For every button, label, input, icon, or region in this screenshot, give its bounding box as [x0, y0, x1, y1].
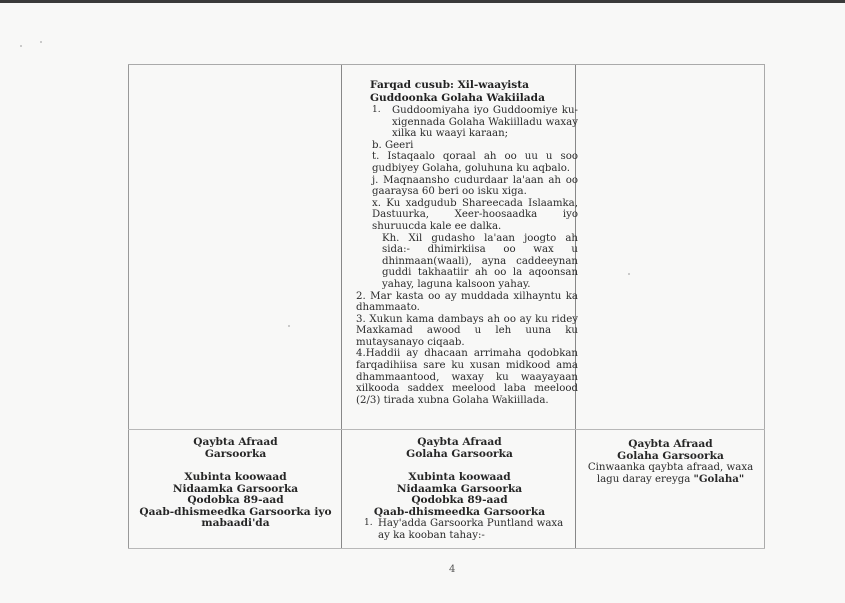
comment-emphasis: "Golaha": [694, 473, 745, 485]
table-row: Qaybta Afraad Garsoorka Xubinta koowaad …: [128, 429, 765, 549]
scan-speck: [20, 45, 22, 47]
part-title: Qaybta Afraad: [342, 437, 577, 449]
list-item: 1. Hay'adda Garsoorka Puntland waxa ay k…: [342, 518, 577, 541]
article-title: Qaab-dhismeedka Garsoorka iyo mabaadi'da: [129, 507, 342, 530]
section-heading: Farqad cusub: Xil-waayista: [370, 79, 578, 91]
sub-item: b. Geeri: [370, 140, 578, 152]
scan-speck: [40, 41, 42, 43]
original-heading-block: Qaybta Afraad Garsoorka Xubinta koowaad …: [129, 437, 342, 530]
list-text: Guddoomiyaha iyo Guddoomiye ku-xigennada…: [392, 105, 578, 140]
table-row: Farqad cusub: Xil-waayista Guddoonka Gol…: [128, 64, 765, 429]
part-subtitle: Golaha Garsoorka: [576, 451, 765, 463]
table-cell-amended: Qaybta Afraad Golaha Garsoorka Xubinta k…: [341, 430, 576, 548]
amended-heading-block: Qaybta Afraad Golaha Garsoorka Xubinta k…: [342, 437, 577, 541]
article-number: Qodobka 89-aad: [342, 495, 577, 507]
list-number: 1.: [364, 518, 378, 541]
table-cell-comment: Qaybta Afraad Golaha Garsoorka Cinwaanka…: [576, 430, 765, 548]
table-cell-empty: [576, 65, 765, 429]
sub-item: x. Ku xadgudub Shareecada Islaamka, Dast…: [370, 198, 578, 233]
section-heading: Guddoonka Golaha Wakiilada: [370, 92, 578, 104]
section-title: Xubinta koowaad: [342, 472, 577, 484]
sub-item: Kh. Xil gudasho la'aan joogto ah sida:- …: [370, 233, 578, 291]
article-title: Qaab-dhismeedka Garsoorka: [342, 507, 577, 519]
page-number: 4: [449, 564, 455, 575]
part-subtitle: Golaha Garsoorka: [342, 449, 577, 461]
paragraph: 3. Xukun kama dambays ah oo ay ku ridey …: [356, 314, 578, 349]
list-number: 1.: [370, 105, 392, 140]
paragraph: 2. Mar kasta oo ay muddada xilhayntu ka …: [356, 291, 578, 314]
section-title: Xubinta koowaad: [129, 472, 342, 484]
table-cell-amendment-text: Farqad cusub: Xil-waayista Guddoonka Gol…: [341, 65, 576, 429]
article-number: Qodobka 89-aad: [129, 495, 342, 507]
list-text: Hay'adda Garsoorka Puntland waxa ay ka k…: [378, 518, 577, 541]
sub-item: t. Istaqaalo qoraal ah oo uu u soo gudbi…: [370, 151, 578, 174]
part-subtitle: Garsoorka: [129, 449, 342, 461]
paragraph: 4.Haddii ay dhacaan arrimaha qodobkan fa…: [356, 348, 578, 406]
part-title: Qaybta Afraad: [129, 437, 342, 449]
comparison-table: Farqad cusub: Xil-waayista Guddoonka Gol…: [128, 64, 765, 549]
comment-note: Cinwaanka qaybta afraad, waxa lagu daray…: [576, 462, 765, 485]
sub-item: j. Maqnaansho cudurdaar la'aan ah oo gaa…: [370, 175, 578, 198]
amendment-block: Farqad cusub: Xil-waayista Guddoonka Gol…: [370, 79, 578, 406]
comment-block: Qaybta Afraad Golaha Garsoorka Cinwaanka…: [576, 439, 765, 485]
table-cell-empty: [128, 65, 341, 429]
table-cell-original: Qaybta Afraad Garsoorka Xubinta koowaad …: [128, 430, 341, 548]
part-title: Qaybta Afraad: [576, 439, 765, 451]
list-item: 1. Guddoomiyaha iyo Guddoomiye ku-xigenn…: [370, 105, 578, 140]
